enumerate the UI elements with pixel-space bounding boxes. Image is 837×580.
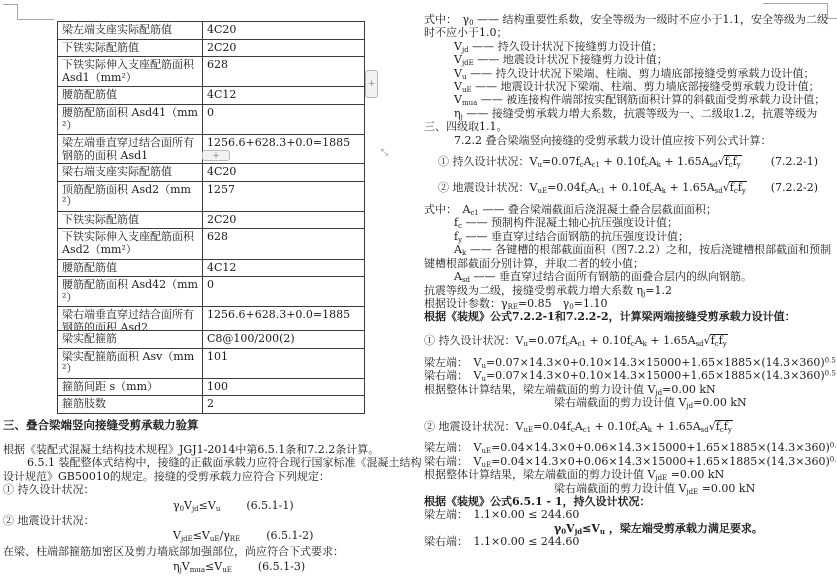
table-row: 腰筋配筋面积 Asd42（mm²）0 xyxy=(58,277,365,307)
symbol-intro-line-2: 式中： Ac1 —— 叠合梁端截面后浇混凝土叠合层截面面积； xyxy=(424,203,836,216)
seis-shear-left-result: 根据整体计算结果，梁左端截面的剪力设计值 VjdE =0.00 kN xyxy=(424,468,836,481)
calc-heading: 根据《装规》公式7.2.2-1和7.2.2-2，计算梁两端接缝受剪承载力设计值： xyxy=(424,310,836,323)
perm-case-equation-expr: ① 持久设计状况：Vu=0.07fcAc1 + 0.10fcAk + 1.65A… xyxy=(424,334,728,347)
row-label: 腰筋配筋面积 Asd42（mm²） xyxy=(58,277,203,307)
row-value: 4C20 xyxy=(203,22,365,40)
seis-shear-right-result: 梁右端截面的剪力设计值 VjdE =0.00 kN xyxy=(424,482,836,495)
table-row: 梁实配箍筋C8@100/200(2) xyxy=(58,331,365,349)
check-left-line: 梁左端： 1.1×0.00 ≤ 244.60 xyxy=(424,508,836,521)
row-label: 顶筋配筋面积 Asd2（mm²） xyxy=(58,181,203,211)
section-heading: 三、叠合梁端竖向接缝受剪承载力验算 xyxy=(3,417,422,433)
row-value: 628 xyxy=(203,229,365,259)
table-insert-row-button[interactable]: + xyxy=(202,150,230,161)
row-value: 100 xyxy=(203,378,365,396)
formula-6513-ref: (6.5.1-3) xyxy=(258,560,305,573)
page-corner-mark-top-left-step xyxy=(17,19,54,20)
row-value: 4C20 xyxy=(203,164,365,182)
additional-requirement-paragraph: 在梁、柱端部箍筋加密区及剪力墙底部加强部位，尚应符合下式要求： xyxy=(3,545,422,558)
formula-6511: γ0Vjd≤Vu(6.5.1-1) xyxy=(3,499,422,512)
formula-6512: VjdE≤VuE/γRE(6.5.1-2) xyxy=(3,529,422,542)
table-row: 梁实配箍筋面积 Asv（mm²）101 xyxy=(58,348,365,378)
row-label: 下铁实际伸入支座配筋面积Asd1（mm²） xyxy=(58,57,203,87)
clause-651-paragraph: 6.5.1 装配整体式结构中，接缝的正截面承载力应符合现行国家标准《混凝土结构设… xyxy=(3,456,422,483)
seis-right-calc-line: 梁右端： VuE=0.04×14.3×0+0.06×14.3×15000+1.6… xyxy=(424,455,836,468)
row-label: 梁实配箍筋 xyxy=(58,331,203,349)
formula-7221-ref: (7.2.2-1) xyxy=(771,155,818,168)
table-resize-handle[interactable]: ⤡ xyxy=(378,146,391,159)
table-insert-column-button[interactable]: + xyxy=(365,70,378,98)
table-row: 腰筋配筋值4C12 xyxy=(58,259,365,277)
persistent-case-label: ① 持久设计状况： xyxy=(3,483,422,496)
seis-case-equation: ② 地震设计状况：VuE=0.04fcAc1 + 0.10fcAk + 1.65… xyxy=(424,415,836,437)
row-label: 腰筋配筋值 xyxy=(58,259,203,277)
row-label: 下铁实际伸入支座配筋面积Asd2（mm²） xyxy=(58,229,203,259)
symbol-note: Vu —— 持久设计状况下梁端、柱端、剪力墙底部接缝受剪承载力设计值； xyxy=(424,67,836,80)
check-conclusion-line: γ0Vjd≤Vu ，梁左端受剪承载力满足要求。 xyxy=(424,522,836,535)
table-row: 下铁实际伸入支座配筋面积Asd2（mm²）628 xyxy=(58,229,365,259)
perm-shear-right-result: 梁右端截面的剪力设计值 Vjd=0.00 kN xyxy=(424,396,836,409)
row-label: 腰筋配筋值 xyxy=(58,87,203,105)
row-value: 0 xyxy=(203,277,365,307)
symbol-note: VjdE —— 地震设计状况下接缝剪力设计值； xyxy=(424,53,836,66)
symbol-note: fy —— 垂直穿过结合面钢筋的抗压强度设计值； xyxy=(424,230,836,243)
formula-6511-ref: (6.5.1-1) xyxy=(246,499,293,512)
row-value: 2C20 xyxy=(203,39,365,57)
row-label: 箍筋肢数 xyxy=(58,396,203,414)
formula-7222: ② 地震设计状况：VuE=0.04fcAc1 + 0.10fcAk + 1.65… xyxy=(438,177,836,199)
symbol-note: fc —— 预制构件混凝土轴心抗压强度设计值； xyxy=(424,216,836,229)
formula-6511-expr: γ0Vjd≤Vu xyxy=(173,499,220,512)
row-value: 101 xyxy=(203,348,365,378)
table-row: 腰筋配筋值4C12 xyxy=(58,87,365,105)
symbol-note: Vmua —— 被连接构件端部按实配钢筋面积计算的斜截面受剪承载力设计值； xyxy=(424,93,836,106)
seismic-case-label: ② 地震设计状况： xyxy=(3,514,422,527)
table-row: 梁右端支座实际配筋值4C20 xyxy=(58,164,365,182)
seis-case-equation-expr: ② 地震设计状况：VuE=0.04fcAc1 + 0.10fcAk + 1.65… xyxy=(424,420,733,433)
check-heading: 根据《装规》公式6.5.1 - 1，持久设计状况： xyxy=(424,495,836,508)
row-value: C8@100/200(2) xyxy=(203,331,365,349)
table-row: 下铁实际配筋值2C20 xyxy=(58,39,365,57)
table-row: 下铁实际伸入支座配筋面积Asd1（mm²）628 xyxy=(58,57,365,87)
formula-7222-expr: ② 地震设计状况：VuE=0.04fcAc1 + 0.10fcAk + 1.65… xyxy=(438,181,747,194)
left-column-text: 三、叠合梁端竖向接缝受剪承载力验算 根据《装配式混凝土结构技术规程》JGJ1-2… xyxy=(3,417,422,576)
symbol-note: ηj —— 接缝受剪承载力增大系数，抗震等级为一、二级取1.2，抗震等级为三、四… xyxy=(424,107,836,134)
row-label: 箍筋间距 s（mm） xyxy=(58,378,203,396)
symbol-intro-line: 式中： γ0 —— 结构重要性系数，安全等级为一级时不应小于1.1，安全等级为二… xyxy=(424,13,836,40)
symbol-note: Asd —— 垂直穿过结合面所有钢筋的面叠合层内的纵向钢筋。 xyxy=(424,270,836,283)
table-row: 下铁实际配筋值2C20 xyxy=(58,211,365,229)
clause-722-paragraph: 7.2.2 叠合梁端竖向接缝的受剪承载力设计值应按下列公式计算： xyxy=(424,134,836,147)
row-label: 梁右端支座实际配筋值 xyxy=(58,164,203,182)
row-value: 4C12 xyxy=(203,259,365,277)
row-label: 下铁实际配筋值 xyxy=(58,39,203,57)
seis-left-calc-line: 梁左端： VuE=0.04×14.3×0+0.06×14.3×15000+1.6… xyxy=(424,441,836,454)
left-end-rebar-table: 梁左端支座实际配筋值4C20 下铁实际配筋值2C20 下铁实际伸入支座配筋面积A… xyxy=(57,21,365,165)
right-end-rebar-table: 梁右端支座实际配筋值4C20 顶筋配筋面积 Asd2（mm²）1257 下铁实际… xyxy=(57,163,365,338)
perm-shear-left-result: 根据整体计算结果，梁左端截面的剪力设计值 Vjd=0.00 kN xyxy=(424,383,836,396)
symbol-note: VuE —— 地震设计状况下梁端、柱端、剪力墙底部接缝受剪承载力设计值； xyxy=(424,80,836,93)
row-label: 梁实配箍筋面积 Asv（mm²） xyxy=(58,348,203,378)
table-row: 顶筋配筋面积 Asd2（mm²）1257 xyxy=(58,181,365,211)
table-row: 箍筋间距 s（mm）100 xyxy=(58,378,365,396)
row-value: 2 xyxy=(203,396,365,414)
symbol-note: Ak —— 各键槽的根部截面面积（图7.2.2）之和，按后浇键槽根部截面和预制键… xyxy=(424,243,836,270)
formula-7222-ref: (7.2.2-2) xyxy=(771,181,818,194)
row-label: 梁左端垂直穿过结合面所有钢筋的面积 Asd1 xyxy=(58,135,203,165)
row-value: 4C12 xyxy=(203,87,365,105)
perm-right-calc-line: 梁右端： Vu=0.07×14.3×0+0.10×14.3×15000+1.65… xyxy=(424,369,836,382)
basis-paragraph: 根据《装配式混凝土结构技术规程》JGJ1-2014中第6.5.1条和7.2.2条… xyxy=(3,443,422,456)
row-value: 0 xyxy=(203,104,365,134)
formula-7221-expr: ① 持久设计状况：Vu=0.07fcAc1 + 0.10fcAk + 1.65A… xyxy=(438,155,742,168)
formula-6513-expr: ηjVmua≤VuE xyxy=(173,560,232,573)
table-row: 梁左端支座实际配筋值4C20 xyxy=(58,22,365,40)
check-right-line: 梁右端： 1.1×0.00 ≤ 244.60 xyxy=(424,535,836,548)
formula-6512-expr: VjdE≤VuE/γRE xyxy=(173,529,240,542)
formula-6513: ηjVmua≤VuE(6.5.1-3) xyxy=(3,560,422,573)
table-row: 箍筋肢数2 xyxy=(58,396,365,414)
table-row: 腰筋配筋面积 Asd41（mm²）0 xyxy=(58,104,365,134)
symbol-note: Vjd —— 持久设计状况下接缝剪力设计值； xyxy=(424,40,836,53)
row-label: 腰筋配筋面积 Asd41（mm²） xyxy=(58,104,203,134)
right-column-text: 式中： γ0 —— 结构重要性系数，安全等级为一级时不应小于1.1，安全等级为二… xyxy=(424,13,836,549)
perm-case-equation: ① 持久设计状况：Vu=0.07fcAc1 + 0.10fcAk + 1.65A… xyxy=(424,330,836,352)
perm-left-calc-line: 梁左端： Vu=0.07×14.3×0+0.10×14.3×15000+1.65… xyxy=(424,356,836,369)
document-page: 梁左端支座实际配筋值4C20 下铁实际配筋值2C20 下铁实际伸入支座配筋面积A… xyxy=(0,0,837,580)
stirrup-table: 梁实配箍筋C8@100/200(2) 梁实配箍筋面积 Asv（mm²）101 箍… xyxy=(57,330,365,414)
design-params-line: 根据设计参数：γRE=0.85 γ0=1.10 xyxy=(424,297,836,310)
row-label: 梁左端支座实际配筋值 xyxy=(58,22,203,40)
row-value: 2C20 xyxy=(203,211,365,229)
formula-7221: ① 持久设计状况：Vu=0.07fcAc1 + 0.10fcAk + 1.65A… xyxy=(438,151,836,173)
row-label: 下铁实际配筋值 xyxy=(58,211,203,229)
formula-6512-ref: (6.5.1-2) xyxy=(266,529,313,542)
row-value: 628 xyxy=(203,57,365,87)
seismic-grade-line: 抗震等级为二级，接缝受剪承载力增大系数 ηj=1.2 xyxy=(424,284,836,297)
page-corner-mark-top-left xyxy=(3,4,18,20)
row-value: 1257 xyxy=(203,181,365,211)
